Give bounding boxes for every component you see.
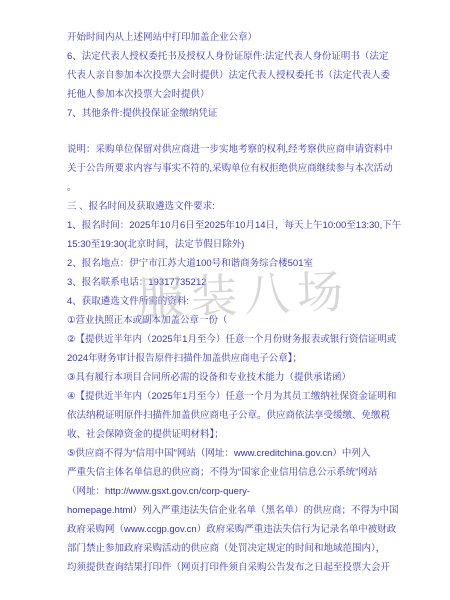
document-line: homepage.html）列入严重违法失信企业名单（黑名单）的供应商；不得为中… [67,501,407,520]
document-line: 均须提供查询结果打印件（网页打印件须自采购公告发布之日起至投票大会开 [67,558,407,577]
document-line: 政府采购网（www.ccgp.gov.cn）政府采购严重违法失信行为记录名单中被… [67,520,407,539]
document-text: 开始时间内从上述网站中打印加盖企业公章）6、法定代表人授权委托书及授权人身份证原… [67,28,407,577]
document-line: 代表人亲自参加本次投票大会时提供）法定代表人授权委托书（法定代表人委 [67,66,407,85]
document-line: 6、法定代表人授权委托书及授权人身份证原件:法定代表人身份证明书（法定 [67,47,407,66]
document-line: 15:30至19:30(北京时间，法定节假日除外) [67,235,407,254]
document-line: 2024年财务审计报告原件扫描件加盖供应商电子公章】； [67,349,407,368]
document-line: 7、其他条件:提供投保证金缴纳凭证 [67,104,407,123]
document-line: 严重失信主体名单信息的供应商；不得为“国家企业信用信息公示系统”网站 [67,463,407,482]
document-line: 1、报名时间：2025年10月6日至2025年10月14日，每天上午10:00至… [67,216,407,235]
document-line: 2、报名地点：伊宁市江苏大道100号和谐商务综合楼501室 [67,254,407,273]
document-line: 。 [67,178,407,197]
document-page: 开始时间内从上述网站中打印加盖企业公章）6、法定代表人授权委托书及授权人身份证原… [0,0,450,600]
document-line: 4、获取遴选文件所需的资料: [67,292,407,311]
document-line: 依法纳税证明原件扫描件加盖供应商电子公章。供应商依法享受缓缴、免缴税 [67,406,407,425]
document-line: 3、报名联系电话：19317735212 [67,273,407,292]
document-line: 三 、报名时间及获取遴选文件要求: [67,197,407,216]
document-line: 开始时间内从上述网站中打印加盖企业公章） [67,28,407,47]
document-line: ③具有履行本项目合同所必需的设备和专业技术能力（提供承诺函） [67,368,407,387]
document-line: 说明：采购单位保留对供应商进一步实地考察的权利,经考察供应商申请资料中 [67,140,407,159]
document-line: ⑤供应商不得为“信用中国”网站（网址：www.creditchina.gov.c… [67,444,407,463]
document-line: 收、社会保障资金的提供证明材料】； [67,425,407,444]
document-line: 部门禁止参加政府采购活动的供应商（处罚决定规定的时间和地域范围内）， [67,539,407,558]
document-line: （网址：http://www.gsxt.gov.cn/corp-query- [67,482,407,501]
document-line: ②【提供近半年内（2025年1月至今）任意一个月份财务报表或银行资信证明或 [67,330,407,349]
document-line: 托他人参加本次投票大会时提供） [67,85,407,104]
document-line: ①营业执照正本或副本加盖公章一份（ [67,311,407,330]
document-line: 关于公告所要求内容与事实不符的,采购单位有权拒绝供应商继续参与本次活动 [67,159,407,178]
document-line: ④【提供近半年内（2025年1月至今）任意一个月为其员工缴纳社保资金证明和 [67,387,407,406]
